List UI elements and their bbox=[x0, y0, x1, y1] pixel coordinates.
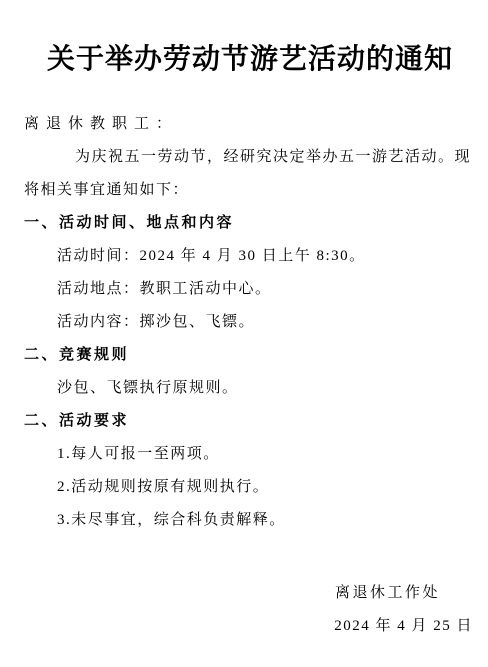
requirement-item-3: 3.未尽事宜，综合科负责解释。 bbox=[24, 504, 476, 537]
requirement-item-1: 1.每人可报一至两项。 bbox=[24, 438, 476, 471]
intro-line-2: 将相关事宜通知如下： bbox=[24, 174, 476, 207]
notice-page: 关于举办劳动节游艺活动的通知 离退休教职工： 为庆祝五一劳动节，经研究决定举办五… bbox=[0, 0, 488, 667]
intro-line-1: 为庆祝五一劳动节，经研究决定举办五一游艺活动。现 bbox=[24, 141, 476, 174]
signature-date: 2024 年 4 月 25 日 bbox=[24, 610, 476, 643]
section-3-heading: 二、活动要求 bbox=[24, 405, 476, 438]
section-1-heading: 一、活动时间、地点和内容 bbox=[24, 207, 476, 240]
salutation: 离退休教职工： bbox=[24, 108, 476, 141]
page-title: 关于举办劳动节游艺活动的通知 bbox=[24, 45, 476, 73]
competition-rule-line: 沙包、飞镖执行原规则。 bbox=[24, 372, 476, 405]
activity-location-line: 活动地点：教职工活动中心。 bbox=[24, 273, 476, 306]
section-2-heading: 二、竞赛规则 bbox=[24, 339, 476, 372]
signature-block: 离退休工作处 2024 年 4 月 25 日 bbox=[24, 577, 476, 643]
requirement-item-2: 2.活动规则按原有规则执行。 bbox=[24, 471, 476, 504]
notice-body: 离退休教职工： 为庆祝五一劳动节，经研究决定举办五一游艺活动。现 将相关事宜通知… bbox=[24, 108, 476, 643]
activity-time-line: 活动时间：2024 年 4 月 30 日上午 8:30。 bbox=[24, 240, 476, 273]
signature-department: 离退休工作处 bbox=[24, 577, 476, 610]
activity-content-line: 活动内容：掷沙包、飞镖。 bbox=[24, 306, 476, 339]
